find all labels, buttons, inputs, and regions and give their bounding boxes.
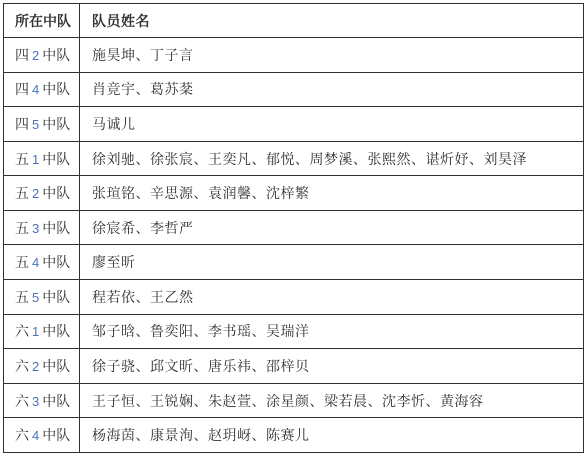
table-row: 六3中队 王子恒、王锐娴、朱赵萱、涂星颜、梁若晨、沈李忻、黄海容: [4, 383, 584, 418]
squadron-cell: 五5中队: [4, 280, 80, 315]
squadron-suffix: 中队: [42, 427, 70, 443]
table-row: 五4中队 廖至昕: [4, 245, 584, 280]
members-cell: 徐子骁、邱文昕、唐乐祎、邵梓贝: [80, 349, 584, 384]
table-row: 六4中队 杨海茵、康景洵、赵玥岈、陈赛儿: [4, 418, 584, 453]
squadron-prefix: 四: [15, 81, 29, 97]
squadron-number: 4: [32, 428, 39, 443]
squadron-number: 2: [32, 186, 39, 201]
table-row: 四2中队 施昊坤、丁子言: [4, 38, 584, 73]
members-cell: 徐宸希、李哲严: [80, 210, 584, 245]
squadron-prefix: 五: [15, 289, 29, 305]
table-row: 四5中队 马诚儿: [4, 107, 584, 142]
squadron-prefix: 六: [15, 358, 29, 374]
squadron-suffix: 中队: [42, 185, 70, 201]
squadron-prefix: 六: [15, 323, 29, 339]
squadron-number: 1: [32, 324, 39, 339]
header-members: 队员姓名: [80, 4, 584, 38]
members-cell: 肖竞宇、葛苏棻: [80, 72, 584, 107]
members-cell: 邹子晗、鲁奕阳、李书瑶、吴瑞洋: [80, 314, 584, 349]
squadron-cell: 六4中队: [4, 418, 80, 453]
members-cell: 张瑄铭、辛思源、袁润馨、沈梓繁: [80, 176, 584, 211]
squadron-prefix: 六: [15, 393, 29, 409]
members-cell: 程若依、王乙然: [80, 280, 584, 315]
table-row: 五5中队 程若依、王乙然: [4, 280, 584, 315]
members-cell: 施昊坤、丁子言: [80, 38, 584, 73]
squadron-prefix: 五: [15, 254, 29, 270]
members-cell: 杨海茵、康景洵、赵玥岈、陈赛儿: [80, 418, 584, 453]
squadron-suffix: 中队: [42, 81, 70, 97]
squadron-suffix: 中队: [42, 393, 70, 409]
squadron-prefix: 五: [15, 220, 29, 236]
table-row: 四4中队 肖竞宇、葛苏棻: [4, 72, 584, 107]
members-cell: 王子恒、王锐娴、朱赵萱、涂星颜、梁若晨、沈李忻、黄海容: [80, 383, 584, 418]
squadron-number: 5: [32, 290, 39, 305]
squadron-prefix: 四: [15, 116, 29, 132]
squadron-suffix: 中队: [42, 254, 70, 270]
squadron-prefix: 六: [15, 427, 29, 443]
header-row: 所在中队 队员姓名: [4, 4, 584, 38]
header-squadron: 所在中队: [4, 4, 80, 38]
table-row: 五3中队 徐宸希、李哲严: [4, 210, 584, 245]
table-row: 六2中队 徐子骁、邱文昕、唐乐祎、邵梓贝: [4, 349, 584, 384]
members-cell: 马诚儿: [80, 107, 584, 142]
squadron-cell: 五4中队: [4, 245, 80, 280]
squadron-number: 3: [32, 394, 39, 409]
squadron-number: 4: [32, 255, 39, 270]
squadron-prefix: 四: [15, 47, 29, 63]
squadron-suffix: 中队: [42, 289, 70, 305]
squadron-cell: 四5中队: [4, 107, 80, 142]
page: 所在中队 队员姓名 四2中队 施昊坤、丁子言 四4中队 肖竞宇、葛苏棻 四5中队…: [0, 0, 587, 456]
squadron-suffix: 中队: [42, 151, 70, 167]
squadron-number: 1: [32, 152, 39, 167]
squadron-suffix: 中队: [42, 358, 70, 374]
table-row: 六1中队 邹子晗、鲁奕阳、李书瑶、吴瑞洋: [4, 314, 584, 349]
squadron-number: 2: [32, 359, 39, 374]
squadron-prefix: 五: [15, 151, 29, 167]
squadron-number: 4: [32, 82, 39, 97]
squadron-roster-table: 所在中队 队员姓名 四2中队 施昊坤、丁子言 四4中队 肖竞宇、葛苏棻 四5中队…: [3, 3, 584, 453]
squadron-cell: 五2中队: [4, 176, 80, 211]
squadron-cell: 六2中队: [4, 349, 80, 384]
squadron-number: 5: [32, 117, 39, 132]
squadron-suffix: 中队: [42, 47, 70, 63]
squadron-prefix: 五: [15, 185, 29, 201]
squadron-suffix: 中队: [42, 323, 70, 339]
table-row: 五2中队 张瑄铭、辛思源、袁润馨、沈梓繁: [4, 176, 584, 211]
squadron-number: 2: [32, 48, 39, 63]
squadron-cell: 六1中队: [4, 314, 80, 349]
squadron-cell: 四2中队: [4, 38, 80, 73]
squadron-cell: 四4中队: [4, 72, 80, 107]
squadron-number: 3: [32, 221, 39, 236]
table-row: 五1中队 徐刘驰、徐张宸、王奕凡、郁悦、周梦溪、张熙然、谌炘妤、刘昊泽: [4, 141, 584, 176]
squadron-suffix: 中队: [42, 116, 70, 132]
squadron-cell: 六3中队: [4, 383, 80, 418]
members-cell: 廖至昕: [80, 245, 584, 280]
squadron-suffix: 中队: [42, 220, 70, 236]
squadron-cell: 五3中队: [4, 210, 80, 245]
members-cell: 徐刘驰、徐张宸、王奕凡、郁悦、周梦溪、张熙然、谌炘妤、刘昊泽: [80, 141, 584, 176]
squadron-cell: 五1中队: [4, 141, 80, 176]
